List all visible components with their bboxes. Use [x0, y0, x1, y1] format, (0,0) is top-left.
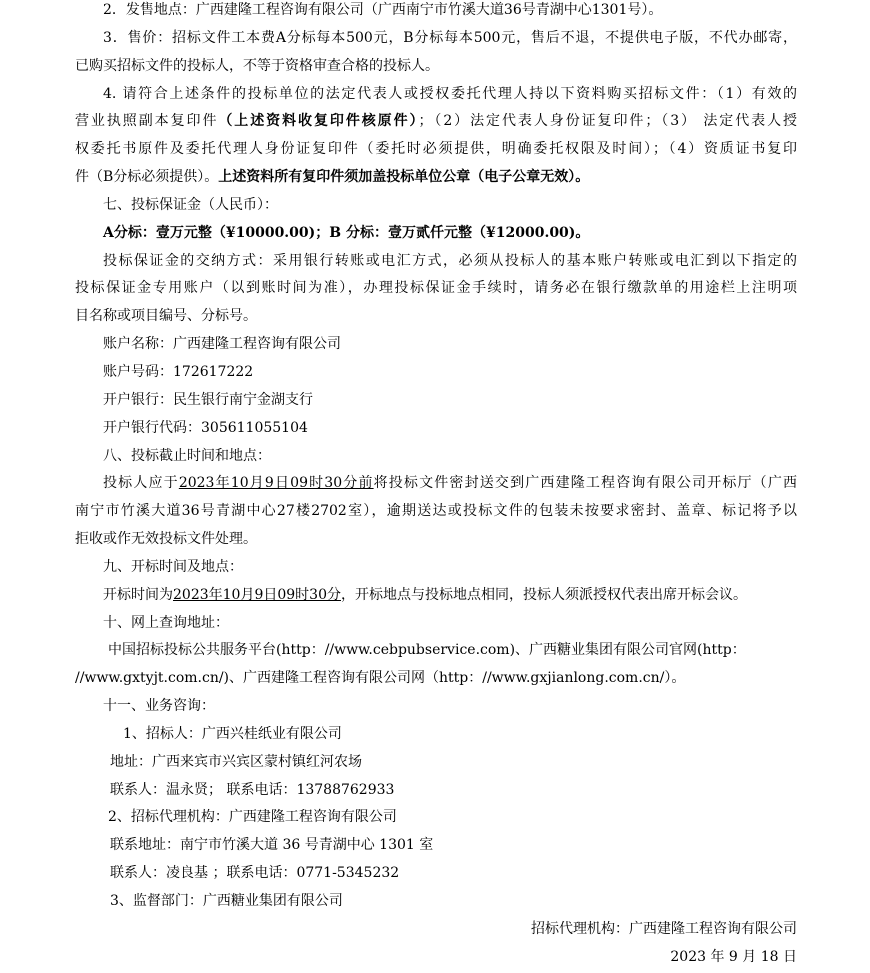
deadline-line-3: 拒收或作无效投标文件处理。	[75, 526, 797, 554]
tenderer-text: 1、招标人：广西兴桂纸业有限公司	[123, 726, 342, 742]
requirements-text: 权委托书原件及委托代理人身份证复印件（委托时必须提供，明确委托权限及时间）；（4…	[75, 141, 797, 157]
price-text-cont: 已购买招标文件的投标人，不等于资格审查合格的投标人。	[75, 58, 439, 74]
price-line-2: 已购买招标文件的投标人，不等于资格审查合格的投标人。	[75, 53, 797, 81]
deadline-line-1: 投标人应于2023年10月9日09时30分前将投标文件密封送交到广西建隆工程咨询…	[75, 470, 797, 498]
requirements-line-2: 营业执照副本复印件（上述资料收复印件核原件）；（2）法定代表人身份证复印件；（3…	[75, 108, 797, 136]
deposit-method-line-3: 目名称或项目编号、分标号。	[75, 303, 797, 331]
requirements-bold-note: （上述资料收复印件核原件）	[218, 113, 418, 129]
requirements-line-1: 4. 请符合上述条件的投标单位的法定代表人或授权委托代理人持以下资料购买招标文件…	[75, 81, 797, 109]
deadline-heading: 八、投标截止时间和地点：	[75, 443, 797, 471]
tenderer-address: 地址：广西来宾市兴宾区蒙村镇红河农场	[75, 749, 797, 777]
online-urls-text: 中国招标投标公共服务平台(http：//www.cebpubservice.co…	[108, 642, 746, 658]
online-line-2: //www.gxtyjt.com.cn/)、广西建隆工程咨询有限公司网（http…	[75, 665, 797, 693]
deadline-text: 将投标文件密封送交到广西建隆工程咨询有限公司开标厅（广西	[374, 475, 797, 491]
agency-contact: 联系人：凌良基 ；联系电话：0771-5345232	[75, 860, 797, 888]
deposit-amounts-text: A分标：壹万元整（¥10000.00)；B 分标：壹万贰仟元整（¥12000.0…	[103, 225, 589, 241]
agency-address-text: 联系地址：南宁市竹溪大道 36 号青湖中心 1301 室	[110, 837, 433, 853]
agency: 2、招标代理机构：广西建隆工程咨询有限公司	[75, 804, 797, 832]
agency-text: 2、招标代理机构：广西建隆工程咨询有限公司	[108, 809, 397, 825]
bank-name: 开户银行：民生银行南宁金湖支行	[75, 387, 797, 415]
deposit-heading: 七、投标保证金（人民币）：	[75, 192, 797, 220]
deposit-method-text: 投标保证金专用账户（以到账时间为准），办理投标保证金手续时，请务必在银行缴款单的…	[75, 280, 797, 296]
section-heading: 八、投标截止时间和地点：	[103, 448, 271, 464]
deposit-method-line-2: 投标保证金专用账户（以到账时间为准），办理投标保证金手续时，请务必在银行缴款单的…	[75, 275, 797, 303]
supervisor: 3、监督部门：广西糖业集团有限公司	[75, 888, 797, 916]
tenderer: 1、招标人：广西兴桂纸业有限公司	[75, 721, 797, 749]
requirements-text: 4. 请符合上述条件的投标单位的法定代表人或授权委托代理人持以下资料购买招标文件…	[103, 86, 797, 102]
requirements-text: 件（B分标必须提供）。	[75, 169, 218, 185]
price-text: 3．售价：招标文件工本费A分标每本500元，B分标每本500元，售后不退，不提供…	[103, 30, 797, 46]
bank-code-text: 开户银行代码：305611055104	[103, 420, 308, 436]
requirements-line-4: 件（B分标必须提供）。上述资料所有复印件须加盖投标单位公章（电子公章无效）。	[75, 164, 797, 192]
deadline-text: 拒收或作无效投标文件处理。	[75, 531, 257, 547]
consult-heading: 十一、业务咨询：	[75, 693, 797, 721]
opening-text: ，开标地点与投标地点相同，投标人须派授权代表出席开标会议。	[341, 587, 747, 603]
price-line-1: 3．售价：招标文件工本费A分标每本500元，B分标每本500元，售后不退，不提供…	[75, 25, 797, 53]
deposit-method-text: 投标保证金的交纳方式：采用银行转账或电汇方式，必须从投标人的基本账户转账或电汇到…	[103, 253, 797, 269]
agency-contact-text: 联系人：凌良基 ；联系电话：0771-5345232	[110, 865, 399, 881]
online-line-1: 中国招标投标公共服务平台(http：//www.cebpubservice.co…	[75, 637, 797, 665]
deadline-line-2: 南宁市竹溪大道36号青湖中心27楼2702室），逾期送达或投标文件的包装未按要求…	[75, 498, 797, 526]
requirements-text: 营业执照副本复印件	[75, 113, 218, 129]
tenderer-address-text: 地址：广西来宾市兴宾区蒙村镇红河农场	[110, 754, 362, 770]
bank-code: 开户银行代码：305611055104	[75, 415, 797, 443]
signature-agency-text: 招标代理机构：广西建隆工程咨询有限公司	[531, 921, 797, 937]
opening-line-1: 开标时间为2023年10月9日09时30分，开标地点与投标地点相同，投标人须派授…	[75, 582, 797, 610]
sale-location-text: 2．发售地点：广西建隆工程咨询有限公司（广西南宁市竹溪大道36号青湖中心1301…	[103, 2, 662, 18]
deposit-method-text: 目名称或项目编号、分标号。	[75, 308, 257, 324]
tenderer-contact: 联系人：温永贤； 联系电话：13788762933	[75, 777, 797, 805]
opening-text: 开标时间为	[103, 587, 173, 603]
requirements-line-3: 权委托书原件及委托代理人身份证复印件（委托时必须提供，明确委托权限及时间）；（4…	[75, 136, 797, 164]
section-heading: 七、投标保证金（人民币）：	[103, 197, 278, 213]
supervisor-text: 3、监督部门：广西糖业集团有限公司	[110, 893, 343, 909]
signature-date: 2023 年 9 月 18 日	[75, 944, 797, 972]
deadline-text: 南宁市竹溪大道36号青湖中心27楼2702室），逾期送达或投标文件的包装未按要求…	[75, 503, 797, 519]
signature-agency: 招标代理机构：广西建隆工程咨询有限公司	[75, 916, 797, 944]
online-urls-text: //www.gxtyjt.com.cn/)、广西建隆工程咨询有限公司网（http…	[75, 670, 685, 686]
sale-location: 2．发售地点：广西建隆工程咨询有限公司（广西南宁市竹溪大道36号青湖中心1301…	[75, 0, 797, 25]
online-heading: 十、网上查询地址：	[75, 610, 797, 638]
agency-address: 联系地址：南宁市竹溪大道 36 号青湖中心 1301 室	[75, 832, 797, 860]
section-heading: 九、开标时间及地点：	[103, 559, 243, 575]
deposit-amounts: A分标：壹万元整（¥10000.00)；B 分标：壹万贰仟元整（¥12000.0…	[75, 220, 797, 248]
deadline-text: 投标人应于	[103, 475, 179, 491]
deadline-datetime: 2023年10月9日09时30分前	[179, 475, 374, 491]
account-number: 账户号码：172617222	[75, 359, 797, 387]
requirements-text: ；（2）法定代表人身份证复印件；（3） 法定代表人授	[418, 113, 797, 129]
account-name-text: 账户名称：广西建隆工程咨询有限公司	[103, 336, 341, 352]
section-heading: 十一、业务咨询：	[103, 698, 215, 714]
bank-name-text: 开户银行：民生银行南宁金湖支行	[103, 392, 313, 408]
requirements-bold-note: 上述资料所有复印件须加盖投标单位公章（电子公章无效）。	[218, 169, 589, 185]
account-name: 账户名称：广西建隆工程咨询有限公司	[75, 331, 797, 359]
deposit-method-line-1: 投标保证金的交纳方式：采用银行转账或电汇方式，必须从投标人的基本账户转账或电汇到…	[75, 248, 797, 276]
section-heading: 十、网上查询地址：	[103, 615, 229, 631]
tender-notice-document: 2．发售地点：广西建隆工程咨询有限公司（广西南宁市竹溪大道36号青湖中心1301…	[75, 0, 797, 972]
tenderer-contact-text: 联系人：温永贤； 联系电话：13788762933	[110, 782, 394, 798]
account-number-text: 账户号码：172617222	[103, 364, 253, 380]
opening-heading: 九、开标时间及地点：	[75, 554, 797, 582]
signature-date-text: 2023 年 9 月 18 日	[670, 949, 797, 965]
opening-datetime: 2023年10月9日09时30分	[173, 587, 341, 603]
